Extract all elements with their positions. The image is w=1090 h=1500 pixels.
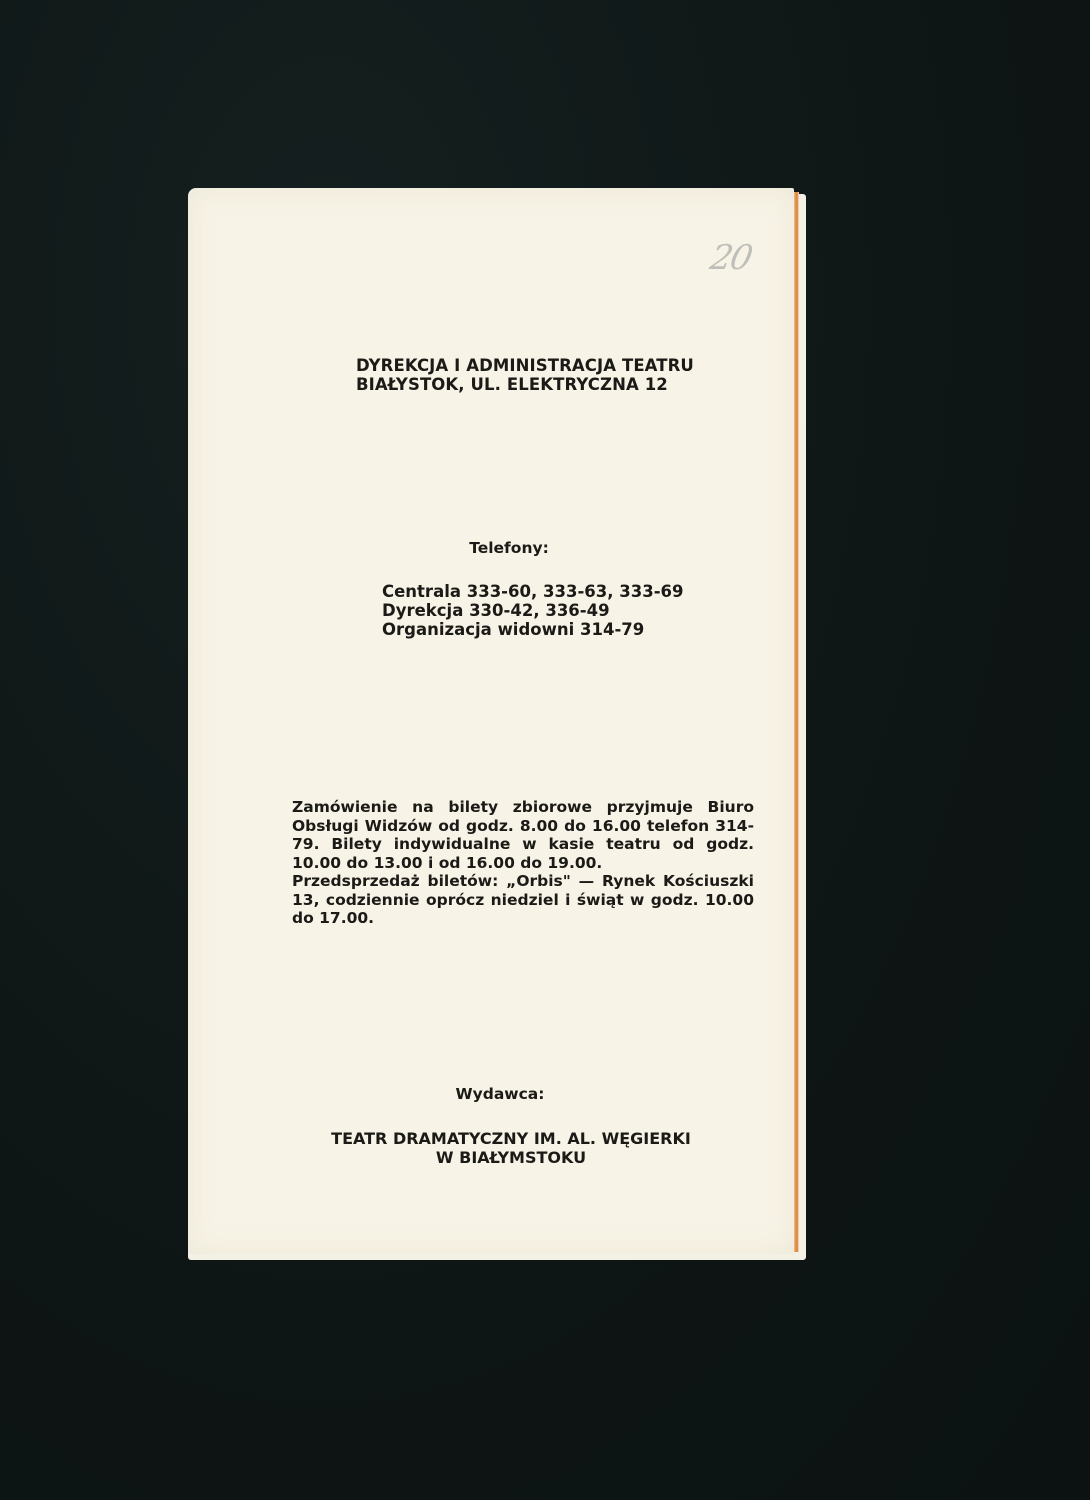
theatre-address: DYREKCJA I ADMINISTRACJA TEATRU BIAŁYSTO… (356, 356, 694, 394)
publisher-line-2: W BIAŁYMSTOKU (228, 1148, 794, 1167)
phones-heading: Telefony: (188, 539, 794, 557)
ticket-order-info: Zamówienie na bilety zbiorowe przyjmuje … (292, 798, 754, 928)
phone-line-central: Centrala 333-60, 333-63, 333-69 (382, 582, 684, 601)
address-line-1: DYREKCJA I ADMINISTRACJA TEATRU (356, 356, 694, 375)
phone-line-audience: Organizacja widowni 314-79 (382, 620, 684, 639)
publisher-line-1: TEATR DRAMATYCZNY IM. AL. WĘGIERKI (228, 1129, 794, 1148)
handwritten-page-number: 20 (706, 238, 754, 278)
publisher-heading: Wydawca: (188, 1085, 794, 1103)
publisher-name: TEATR DRAMATYCZNY IM. AL. WĘGIERKI W BIA… (188, 1129, 794, 1167)
address-line-2: BIAŁYSTOK, UL. ELEKTRYCZNA 12 (356, 375, 694, 394)
document-page: 20 DYREKCJA I ADMINISTRACJA TEATRU BIAŁY… (188, 188, 794, 1254)
phone-list: Centrala 333-60, 333-63, 333-69 Dyrekcja… (382, 582, 684, 639)
program-leaflet: 20 DYREKCJA I ADMINISTRACJA TEATRU BIAŁY… (184, 188, 804, 1260)
ticket-info-paragraph: Zamówienie na bilety zbiorowe przyjmuje … (292, 798, 754, 872)
presale-info-paragraph: Przedsprzedaż biletów: „Orbis" — Rynek K… (292, 872, 754, 928)
phone-line-direction: Dyrekcja 330-42, 336-49 (382, 601, 684, 620)
